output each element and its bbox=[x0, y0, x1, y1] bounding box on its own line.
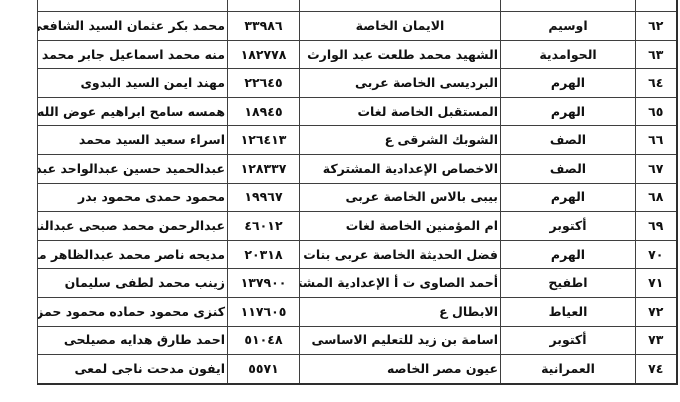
cell-serial-stub bbox=[636, 0, 677, 12]
cell-name: احمد طارق هدايه مصيلحى bbox=[38, 326, 228, 355]
table-row: ٧٤العمرانيةعيون مصر الخاصه٥٥٧١ايفون مدحت… bbox=[38, 355, 677, 384]
table-body: ٦٢اوسيمالايمان الخاصة٣٣٩٨٦محمد بكر عثمان… bbox=[38, 0, 677, 384]
cell-district: اوسيم bbox=[501, 12, 636, 41]
cell-name: زينب محمد لطفى سليمان bbox=[38, 269, 228, 298]
cell-school: بيبى بالاس الخاصة عربى bbox=[300, 183, 501, 212]
cell-serial: ٦٧ bbox=[636, 154, 677, 183]
cell-serial: ٦٥ bbox=[636, 97, 677, 126]
cell-school: عيون مصر الخاصه bbox=[300, 355, 501, 384]
cell-name: همسه سامح ابراهيم عوض الله bbox=[38, 97, 228, 126]
cell-serial: ٦٦ bbox=[636, 126, 677, 155]
cell-serial: ٦٢ bbox=[636, 12, 677, 41]
table-row: ٦٤الهرمالبرديسى الخاصة عربى٢٢٦٤٥مهند ايم… bbox=[38, 69, 677, 98]
table-row: ٧٣أكتوبراسامة بن زيد للتعليم الاساسى٥١٠٤… bbox=[38, 326, 677, 355]
table-row: ٦٦الصفالشوبك الشرقى ع١٢٦٤١٣اسراء سعيد ال… bbox=[38, 126, 677, 155]
page: ٦٢اوسيمالايمان الخاصة٣٣٩٨٦محمد بكر عثمان… bbox=[0, 0, 680, 402]
cell-seat: ١٨٢٧٧٨ bbox=[228, 40, 300, 69]
cell-serial: ٦٩ bbox=[636, 212, 677, 241]
cell-seat: ١١٧٦٠٥ bbox=[228, 297, 300, 326]
student-roster-table: ٦٢اوسيمالايمان الخاصة٣٣٩٨٦محمد بكر عثمان… bbox=[37, 0, 678, 385]
cell-seat: ١٢٨٣٣٧ bbox=[228, 154, 300, 183]
cell-serial: ٦٨ bbox=[636, 183, 677, 212]
cell-seat: ٣٣٩٨٦ bbox=[228, 12, 300, 41]
cell-district: العمرانية bbox=[501, 355, 636, 384]
cell-seat: ٢٠٣١٨ bbox=[228, 240, 300, 269]
cell-district: أكتوبر bbox=[501, 212, 636, 241]
cell-school: الاخصاص الإعدادية المشتركة bbox=[300, 154, 501, 183]
cell-school: ام المؤمنين الخاصة لغات bbox=[300, 212, 501, 241]
cell-school: الشوبك الشرقى ع bbox=[300, 126, 501, 155]
cell-school: المستقبل الخاصة لغات bbox=[300, 97, 501, 126]
cell-school: البرديسى الخاصة عربى bbox=[300, 69, 501, 98]
cutoff-row-remnant bbox=[38, 0, 677, 12]
cell-seat: ١٨٩٤٥ bbox=[228, 97, 300, 126]
cell-seat: ١٢٦٤١٣ bbox=[228, 126, 300, 155]
cell-district: أكتوبر bbox=[501, 326, 636, 355]
table-row: ٦٩أكتوبرام المؤمنين الخاصة لغات٤٦٠١٢عبدا… bbox=[38, 212, 677, 241]
cell-seat: ٥٥٧١ bbox=[228, 355, 300, 384]
table-row: ٧١اطفيحأحمد الصاوى ت أ الإعدادية المشترك… bbox=[38, 269, 677, 298]
cell-school: الايمان الخاصة bbox=[300, 12, 501, 41]
cell-name: منه محمد اسماعيل جابر محمد bbox=[38, 40, 228, 69]
cell-district: الهرم bbox=[501, 183, 636, 212]
table-row: ٧٠الهرمفضل الحديثة الخاصة عربى بنات٢٠٣١٨… bbox=[38, 240, 677, 269]
cell-seat-stub bbox=[228, 0, 300, 12]
cell-seat: ٥١٠٤٨ bbox=[228, 326, 300, 355]
cell-name-stub bbox=[38, 0, 228, 12]
cell-school: الشهيد محمد طلعت عبد الوارث bbox=[300, 40, 501, 69]
cell-seat: ١٣٧٩٠٠ bbox=[228, 269, 300, 298]
table-row: ٦٣الحوامديةالشهيد محمد طلعت عبد الوارث١٨… bbox=[38, 40, 677, 69]
cell-district: الصف bbox=[501, 154, 636, 183]
cell-serial: ٧٠ bbox=[636, 240, 677, 269]
cell-district: الهرم bbox=[501, 240, 636, 269]
cell-school: أحمد الصاوى ت أ الإعدادية المشتركة bbox=[300, 269, 501, 298]
cell-serial: ٧٤ bbox=[636, 355, 677, 384]
cell-serial: ٧١ bbox=[636, 269, 677, 298]
cell-district: الهرم bbox=[501, 69, 636, 98]
cell-serial: ٦٣ bbox=[636, 40, 677, 69]
cell-name: محمد بكر عثمان السيد الشافعي bbox=[38, 12, 228, 41]
cell-serial: ٧٢ bbox=[636, 297, 677, 326]
cell-district: الهرم bbox=[501, 97, 636, 126]
table-row: ٦٨الهرمبيبى بالاس الخاصة عربى١٩٩٦٧محمود … bbox=[38, 183, 677, 212]
cell-district: اطفيح bbox=[501, 269, 636, 298]
table-row: ٦٢اوسيمالايمان الخاصة٣٣٩٨٦محمد بكر عثمان… bbox=[38, 12, 677, 41]
cell-school: الابطال ع bbox=[300, 297, 501, 326]
cell-school: اسامة بن زيد للتعليم الاساسى bbox=[300, 326, 501, 355]
cell-name: عبدالحميد حسين عبدالواحد عبدالحميد bbox=[38, 154, 228, 183]
cell-name: عبدالرحمن محمد صبحى عبدالنبى bbox=[38, 212, 228, 241]
cell-seat: ١٩٩٦٧ bbox=[228, 183, 300, 212]
cell-name: ايفون مدحت ناجى لمعى bbox=[38, 355, 228, 384]
cell-name: مديحه ناصر محمد عبدالظاهر مسعود bbox=[38, 240, 228, 269]
cell-district-stub bbox=[501, 0, 636, 12]
table-row: ٦٥الهرمالمستقبل الخاصة لغات١٨٩٤٥همسه سام… bbox=[38, 97, 677, 126]
cell-serial: ٧٣ bbox=[636, 326, 677, 355]
cell-name: اسراء سعيد السيد محمد bbox=[38, 126, 228, 155]
cell-serial: ٦٤ bbox=[636, 69, 677, 98]
table-row: ٧٢العياطالابطال ع١١٧٦٠٥كنزى محمود حماده … bbox=[38, 297, 677, 326]
cell-seat: ٢٢٦٤٥ bbox=[228, 69, 300, 98]
cell-name: محمود حمدى محمود بدر bbox=[38, 183, 228, 212]
table-row: ٦٧الصفالاخصاص الإعدادية المشتركة١٢٨٣٣٧عب… bbox=[38, 154, 677, 183]
cell-seat: ٤٦٠١٢ bbox=[228, 212, 300, 241]
cell-district: الحوامدية bbox=[501, 40, 636, 69]
cell-school-stub bbox=[300, 0, 501, 12]
cell-district: العياط bbox=[501, 297, 636, 326]
cell-district: الصف bbox=[501, 126, 636, 155]
cell-school: فضل الحديثة الخاصة عربى بنات bbox=[300, 240, 501, 269]
cell-name: مهند ايمن السيد البدوى bbox=[38, 69, 228, 98]
cell-name: كنزى محمود حماده محمود حمزاوى bbox=[38, 297, 228, 326]
